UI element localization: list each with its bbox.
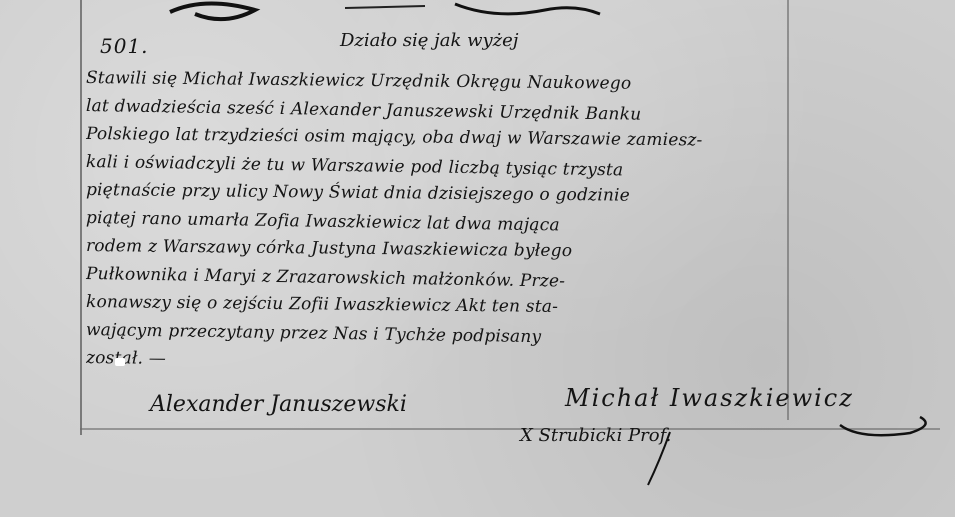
- entry-number: 501.: [100, 34, 149, 58]
- paper-blemish: [115, 358, 125, 366]
- signature-descender-icon: [640, 430, 680, 490]
- entry-body: Stawili się Michał Iwaszkiewicz Urzędnik…: [86, 64, 796, 372]
- previous-entry-flourish: [165, 0, 605, 22]
- left-margin-line: [80, 0, 82, 435]
- document-page: 501. Działo się jak wyżej Stawili się Mi…: [0, 0, 955, 517]
- signature-januszewski: Alexander Januszewski: [150, 392, 407, 417]
- signature-flourish-icon: [800, 395, 940, 445]
- entry-heading: Działo się jak wyżej: [340, 30, 518, 51]
